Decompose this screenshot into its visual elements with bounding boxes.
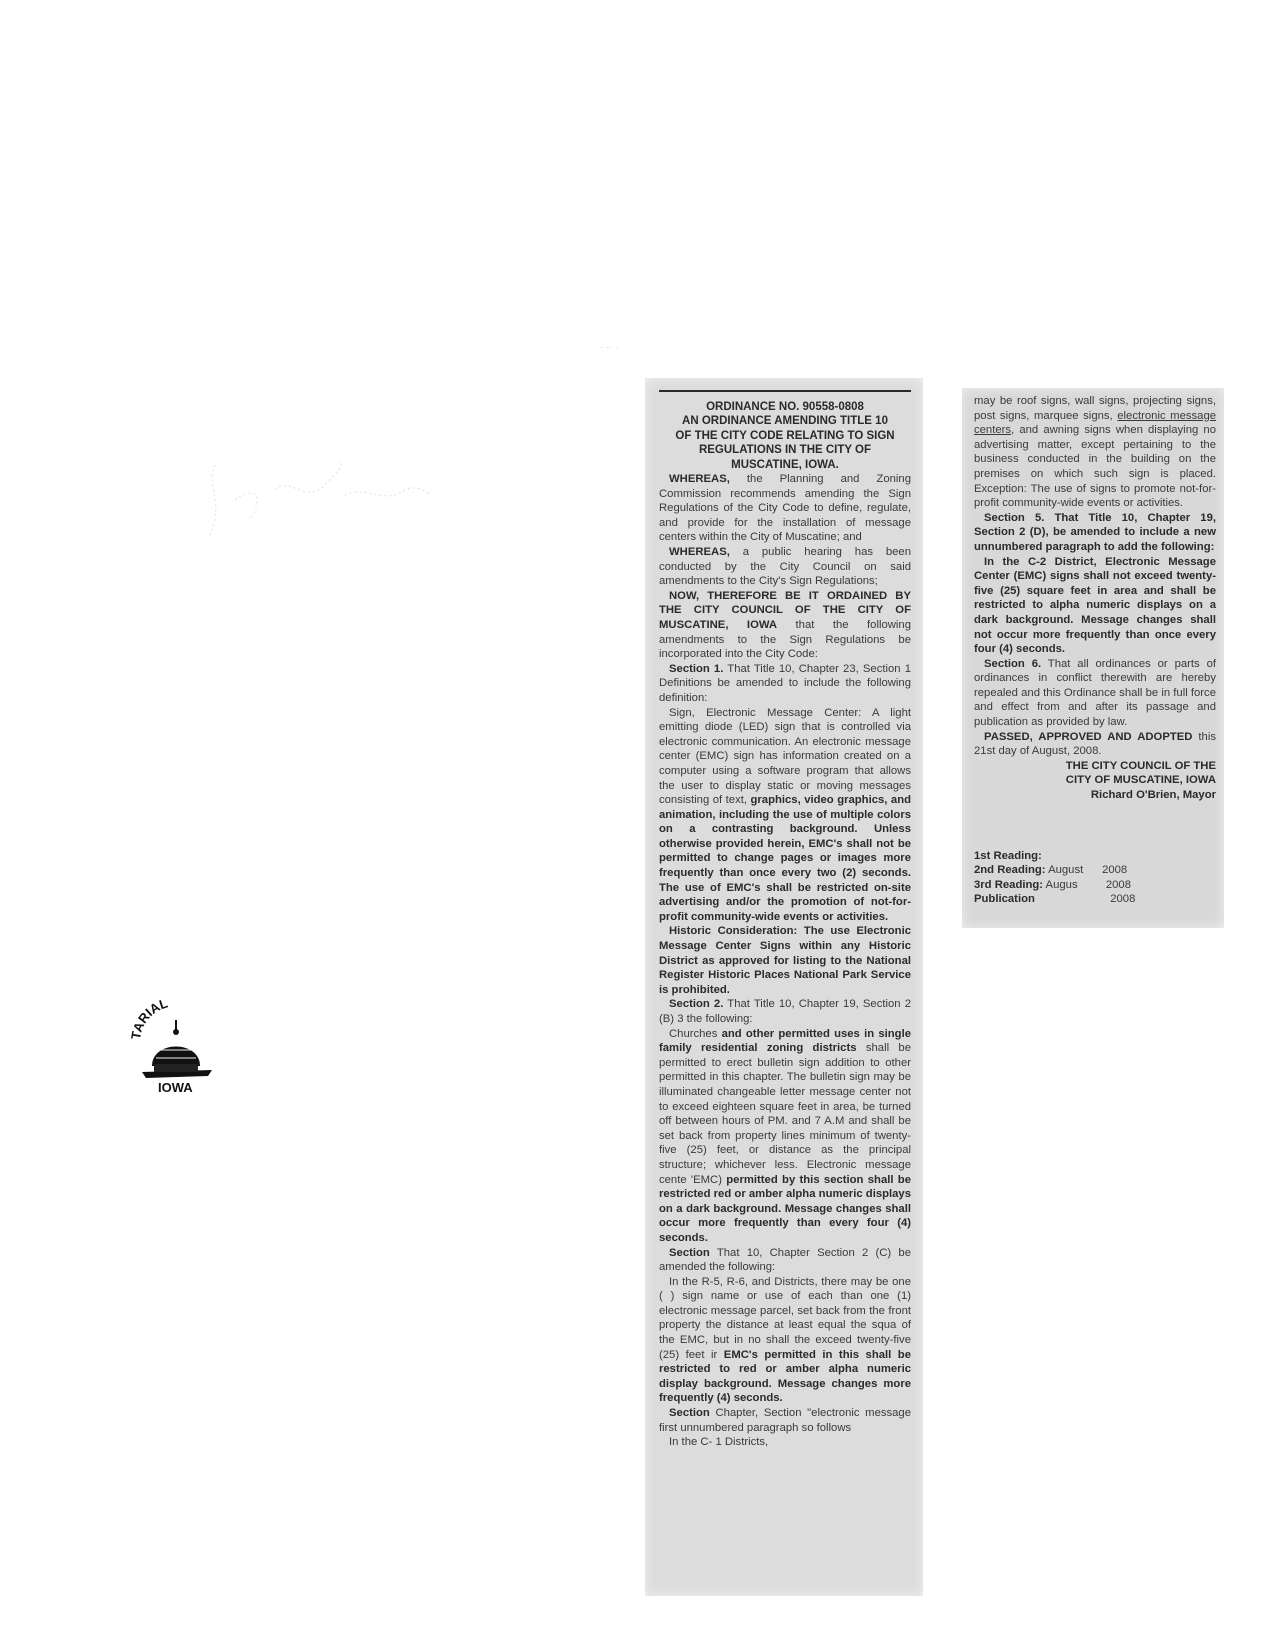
section-1: Section 1. That Title 10, Chapter 23, Se… <box>659 662 911 706</box>
section-lead: Section 6. <box>984 658 1041 670</box>
paragraph-text: shall be permitted to erect bulletin sig… <box>659 1042 911 1185</box>
ordinance-title: ORDINANCE NO. 90558-0808 AN ORDINANCE AM… <box>659 400 911 472</box>
reading-value: Augus 2008 <box>1043 879 1131 891</box>
capitol-dome-seal-icon: TARIAL IOWA <box>128 1000 224 1096</box>
council-line-1: THE CITY COUNCIL OF THE <box>974 759 1216 774</box>
reading-row: 1st Reading: <box>974 849 1216 864</box>
ordinance-clipping-left: ORDINANCE NO. 90558-0808 AN ORDINANCE AM… <box>645 378 923 1596</box>
svg-text:IOWA: IOWA <box>158 1080 193 1095</box>
section-5: Section 5. That Title 10, Chapter 19, Se… <box>974 511 1216 555</box>
section-3: Section That 10, Chapter Section 2 (C) b… <box>659 1246 911 1275</box>
mayor-signature: Richard O'Brien, Mayor <box>974 788 1216 803</box>
c2-paragraph: In the C-2 District, Electronic Message … <box>974 555 1216 657</box>
notarial-seal: TARIAL IOWA <box>128 1000 224 1096</box>
passed-lead: PASSED, APPROVED AND ADOPTED <box>984 731 1192 743</box>
title-line: REGULATIONS IN THE CITY OF <box>659 443 911 457</box>
c1-paragraph: In the C- 1 Districts, <box>659 1435 911 1450</box>
passed-paragraph: PASSED, APPROVED AND ADOPTED this 21st d… <box>974 730 1216 759</box>
reading-row: 3rd Reading: Augus 2008 <box>974 878 1216 893</box>
reading-label: 1st Reading: <box>974 850 1042 862</box>
reading-row: Publication 2008 <box>974 892 1216 907</box>
emc-definition: Sign, Electronic Message Center: A light… <box>659 706 911 925</box>
title-line: ORDINANCE NO. 90558-0808 <box>659 400 911 414</box>
section-lead: Section <box>669 1247 710 1259</box>
definition-text: Sign, Electronic Message Center: A light… <box>659 707 911 807</box>
reading-value: August 2008 <box>1046 864 1128 876</box>
whereas-lead: WHEREAS, <box>669 473 730 485</box>
continued-paragraph: may be roof signs, wall signs, projectin… <box>974 394 1216 511</box>
readings-list: 1st Reading: 2nd Reading: August 2008 3r… <box>974 849 1216 907</box>
section-2: Section 2. That Title 10, Chapter 19, Se… <box>659 997 911 1026</box>
r5-r6-paragraph: In the R-5, R-6, and Districts, there ma… <box>659 1275 911 1406</box>
signature-icon <box>195 445 445 555</box>
paragraph-text: , and awning signs when displaying no ad… <box>974 424 1216 509</box>
section-4: Section Chapter, Section "electronic mes… <box>659 1406 911 1435</box>
historic-lead: Historic Consideration: <box>669 925 797 937</box>
churches-paragraph: Churches and other permitted uses in sin… <box>659 1027 911 1246</box>
divider <box>659 390 911 392</box>
definition-bold-text: graphics, video graphics, and animation,… <box>659 794 911 923</box>
whereas-lead: WHEREAS, <box>669 546 730 558</box>
reading-row: 2nd Reading: August 2008 <box>974 863 1216 878</box>
reading-label: Publication <box>974 893 1035 905</box>
title-line: MUSCATINE, IOWA. <box>659 458 911 472</box>
paragraph-text: Churches <box>669 1028 722 1040</box>
reading-value: 2008 <box>1035 893 1135 905</box>
whereas-paragraph-2: WHEREAS, a public hearing has been condu… <box>659 545 911 589</box>
svg-text:TARIAL: TARIAL <box>128 1000 170 1041</box>
title-line: OF THE CITY CODE RELATING TO SIGN <box>659 429 911 443</box>
historic-consideration: Historic Consideration: The use Electron… <box>659 924 911 997</box>
reading-label: 2nd Reading: <box>974 864 1046 876</box>
section-lead: Section 1. <box>669 663 723 675</box>
whereas-paragraph-1: WHEREAS, the Planning and Zoning Commiss… <box>659 472 911 545</box>
section-lead: Section 2. <box>669 998 723 1010</box>
council-line-2: CITY OF MUSCATINE, IOWA <box>974 773 1216 788</box>
reading-label: 3rd Reading: <box>974 879 1043 891</box>
section-lead: Section <box>669 1407 710 1419</box>
ordained-paragraph: NOW, THEREFORE BE IT ORDAINED BY THE CIT… <box>659 589 911 662</box>
title-line: AN ORDINANCE AMENDING TITLE 10 <box>659 414 911 428</box>
stray-mark: · ·· · <box>600 342 619 353</box>
ordinance-clipping-right: may be roof signs, wall signs, projectin… <box>962 388 1224 928</box>
section-6: Section 6. That all ordinances or parts … <box>974 657 1216 730</box>
